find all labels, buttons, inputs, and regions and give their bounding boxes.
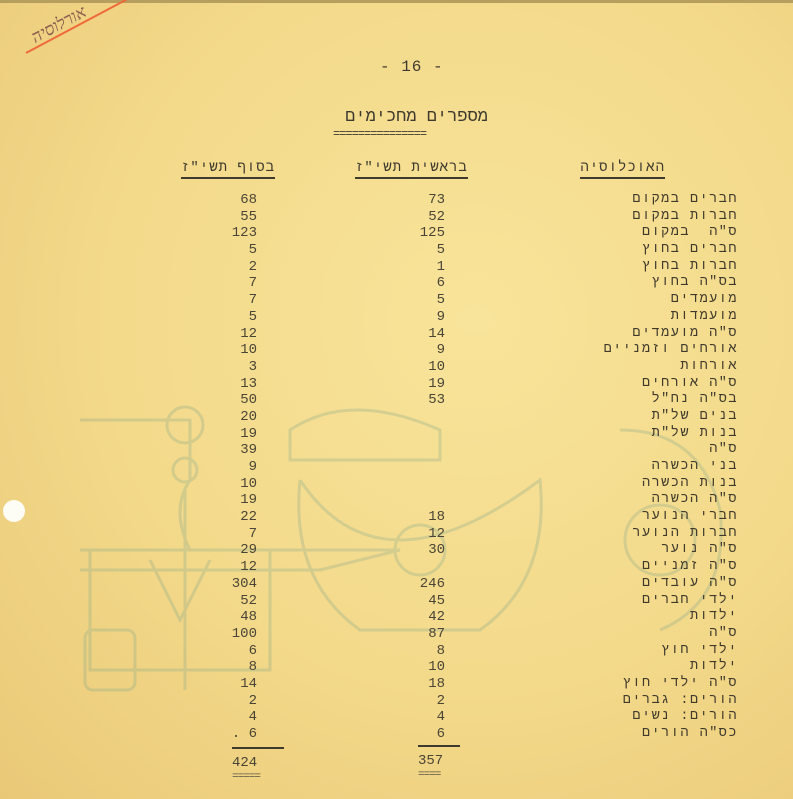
value-start-of-year: 14 <box>428 326 445 343</box>
value-end-of-year: 12 <box>240 559 257 576</box>
value-start-of-year: 9 <box>437 342 445 359</box>
value-end-of-year: 7 <box>249 292 257 309</box>
row-label: ס"ה עובדים <box>642 576 738 593</box>
table-row: ס"ה87100 <box>0 626 793 643</box>
value-start-of-year: 9 <box>437 309 445 326</box>
sum-rule-start <box>418 745 460 747</box>
value-end-of-year: 100 <box>232 626 257 643</box>
population-table: חברים במקום7368חברות במקום5255ס"ה במקום1… <box>0 192 793 743</box>
row-label: בנות הכשרה <box>642 476 738 493</box>
value-end-of-year: 5 <box>249 242 257 259</box>
value-start-of-year: 19 <box>428 376 445 393</box>
page-title: מספרים מחכימים <box>345 108 488 127</box>
row-label: הורים: גברים <box>623 693 738 710</box>
value-end-of-year: 3 <box>249 359 257 376</box>
total-start-double-underline: ==== <box>418 769 440 781</box>
table-row: כס"ה הורים6. 6 <box>0 726 793 743</box>
value-end-of-year: 12 <box>240 326 257 343</box>
value-start-of-year: 6 <box>437 726 445 743</box>
table-row: ס"ה נוער3029 <box>0 542 793 559</box>
total-start-of-year: 357 <box>418 753 443 769</box>
table-row: ס"ה אורחים1913 <box>0 376 793 393</box>
value-start-of-year: 125 <box>420 225 445 242</box>
value-start-of-year: 30 <box>428 542 445 559</box>
table-row: ס"ה עובדים246304 <box>0 576 793 593</box>
row-label: ס"ה במקום <box>642 225 738 242</box>
table-row: ילדות4248 <box>0 609 793 626</box>
value-end-of-year: 2 <box>249 259 257 276</box>
row-label: חברים במקום <box>632 192 738 209</box>
table-row: ס"ה הכשרה19 <box>0 492 793 509</box>
row-label: ס"ה <box>709 442 738 459</box>
value-end-of-year: 19 <box>240 426 257 443</box>
value-end-of-year: 48 <box>240 609 257 626</box>
value-start-of-year: 87 <box>428 626 445 643</box>
table-row: בנות הכשרה10 <box>0 476 793 493</box>
value-start-of-year: 1 <box>437 259 445 276</box>
value-start-of-year: 5 <box>437 292 445 309</box>
table-row: הורים: גברים22 <box>0 693 793 710</box>
table-row: ילדי חברים4552 <box>0 593 793 610</box>
value-start-of-year: 246 <box>420 576 445 593</box>
table-row: ס"ה ילדי חוץ1814 <box>0 676 793 693</box>
table-row: ס"ה זמניים12 <box>0 559 793 576</box>
table-row: בני הכשרה9 <box>0 459 793 476</box>
table-row: חברים במקום7368 <box>0 192 793 209</box>
total-end-of-year: 424 <box>232 755 257 771</box>
value-end-of-year: 10 <box>240 342 257 359</box>
value-start-of-year: 12 <box>428 526 445 543</box>
value-end-of-year: . 6 <box>232 726 257 743</box>
page-number: - 16 - <box>380 58 444 76</box>
value-end-of-year: 7 <box>249 275 257 292</box>
row-label: ס"ה אורחים <box>642 376 738 393</box>
table-row: ילדי חוץ86 <box>0 643 793 660</box>
value-end-of-year: 22 <box>240 509 257 526</box>
table-row: ס"ה במקום125123 <box>0 225 793 242</box>
value-start-of-year: 8 <box>437 643 445 660</box>
value-end-of-year: 39 <box>240 442 257 459</box>
table-row: מועמדות95 <box>0 309 793 326</box>
table-row: אורחים וזמניים910 <box>0 342 793 359</box>
value-end-of-year: 55 <box>240 209 257 226</box>
value-start-of-year: 4 <box>437 709 445 726</box>
row-label: כס"ה הורים <box>642 726 738 743</box>
table-row: חברי הנוער1822 <box>0 509 793 526</box>
value-end-of-year: 13 <box>240 376 257 393</box>
value-start-of-year: 6 <box>437 275 445 292</box>
table-row: חברות במקום5255 <box>0 209 793 226</box>
row-label: ילדי חברים <box>642 593 738 610</box>
value-end-of-year: 50 <box>240 392 257 409</box>
value-start-of-year: 2 <box>437 693 445 710</box>
row-label: בנות של"ת <box>652 426 738 443</box>
row-label: ס"ה <box>709 626 738 643</box>
value-end-of-year: 6 <box>249 643 257 660</box>
table-row: ס"ה39 <box>0 442 793 459</box>
value-end-of-year: 8 <box>249 659 257 676</box>
table-row: מועמדים57 <box>0 292 793 309</box>
table-row: ילדות108 <box>0 659 793 676</box>
value-end-of-year: 4 <box>249 709 257 726</box>
value-end-of-year: 52 <box>240 593 257 610</box>
value-end-of-year: 19 <box>240 492 257 509</box>
value-end-of-year: 68 <box>240 192 257 209</box>
value-end-of-year: 2 <box>249 693 257 710</box>
value-end-of-year: 304 <box>232 576 257 593</box>
row-label: ס"ה נוער <box>661 542 738 559</box>
row-label: בני הכשרה <box>652 459 738 476</box>
row-label: חברות הנוער <box>632 526 738 543</box>
row-label: חברים בחוץ <box>642 242 738 259</box>
row-label: הורים: נשים <box>632 709 738 726</box>
row-label: ס"ה ילדי חוץ <box>623 676 738 693</box>
row-label: בס"ה בחוץ <box>652 275 738 292</box>
row-label: חברות במקום <box>632 209 738 226</box>
table-row: חברים בחוץ55 <box>0 242 793 259</box>
value-end-of-year: 123 <box>232 225 257 242</box>
row-label: ס"ה מועמדים <box>632 326 738 343</box>
value-end-of-year: 5 <box>249 309 257 326</box>
table-row: חברות הנוער127 <box>0 526 793 543</box>
table-row: בס"ה בחוץ67 <box>0 275 793 292</box>
row-label: בנים של"ת <box>652 409 738 426</box>
table-row: הורים: נשים44 <box>0 709 793 726</box>
value-start-of-year: 10 <box>428 359 445 376</box>
total-end-double-underline: ===== <box>232 771 260 783</box>
value-end-of-year: 29 <box>240 542 257 559</box>
row-label: חברות בחוץ <box>642 259 738 276</box>
value-start-of-year: 45 <box>428 593 445 610</box>
row-label: מועמדים <box>671 292 738 309</box>
table-row: אורחות103 <box>0 359 793 376</box>
value-start-of-year: 52 <box>428 209 445 226</box>
value-start-of-year: 5 <box>437 242 445 259</box>
table-row: בנות של"ת19 <box>0 426 793 443</box>
value-start-of-year: 42 <box>428 609 445 626</box>
value-end-of-year: 20 <box>240 409 257 426</box>
row-label: בס"ה נח"ל <box>652 392 738 409</box>
value-start-of-year: 73 <box>428 192 445 209</box>
row-label: ילדות <box>690 609 738 626</box>
row-label: ס"ה זמניים <box>642 559 738 576</box>
table-row: ס"ה מועמדים1412 <box>0 326 793 343</box>
sum-rule-end <box>232 747 284 749</box>
value-start-of-year: 53 <box>428 392 445 409</box>
title-double-underline: =============== <box>333 127 426 141</box>
row-label: אורחות <box>680 359 738 376</box>
column-header-end-of-year: בסוף תשי"ז <box>181 160 275 179</box>
column-header-start-of-year: בראשית תשי"ז <box>355 160 468 179</box>
value-start-of-year: 10 <box>428 659 445 676</box>
value-end-of-year: 7 <box>249 526 257 543</box>
row-label: אורחים וזמניים <box>604 342 738 359</box>
row-label: מועמדות <box>671 309 738 326</box>
table-row: בנים של"ת20 <box>0 409 793 426</box>
value-end-of-year: 9 <box>249 459 257 476</box>
row-label: חברי הנוער <box>642 509 738 526</box>
value-start-of-year: 18 <box>428 509 445 526</box>
row-label: ילדי חוץ <box>661 643 738 660</box>
table-row: חברות בחוץ12 <box>0 259 793 276</box>
table-row: בס"ה נח"ל5350 <box>0 392 793 409</box>
row-label: ילדות <box>690 659 738 676</box>
value-end-of-year: 10 <box>240 476 257 493</box>
value-start-of-year: 18 <box>428 676 445 693</box>
row-label: ס"ה הכשרה <box>652 492 738 509</box>
column-header-population: האוכלוסיה <box>580 160 665 179</box>
value-end-of-year: 14 <box>240 676 257 693</box>
